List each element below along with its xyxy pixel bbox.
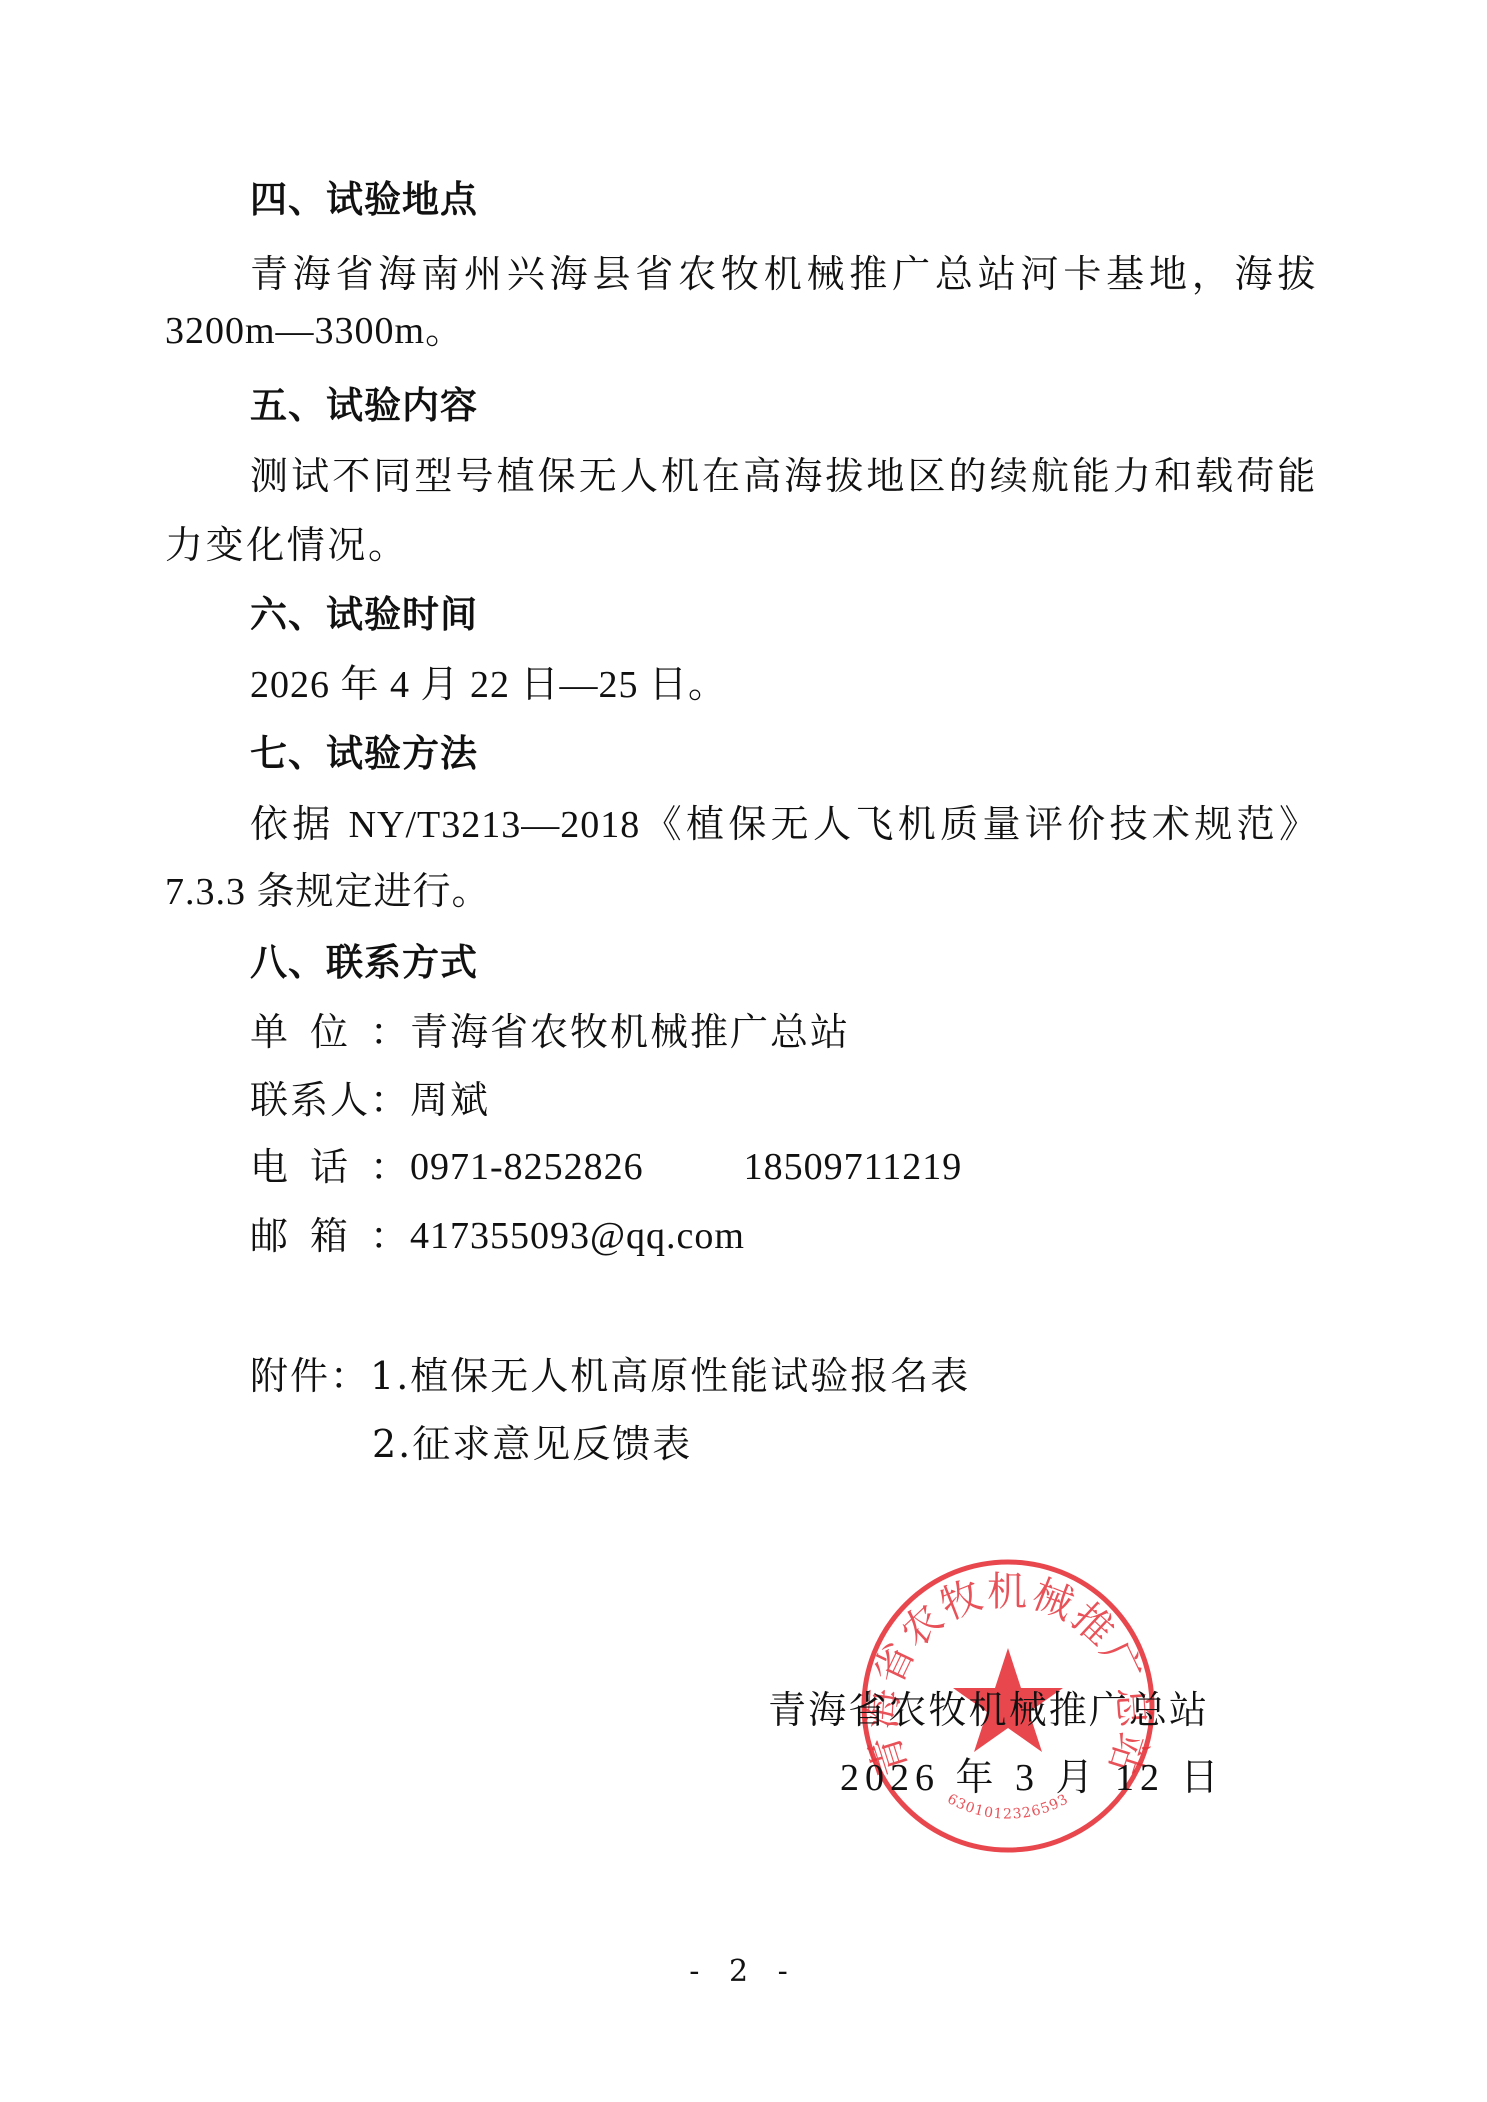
section-heading-time: 六、试验时间 (250, 591, 478, 639)
page-number: - 2 - (0, 1952, 1487, 1992)
attachments-row-2: 2.征求意见反馈表 (372, 1420, 692, 1468)
contact-phone-mobile: 18509711219 (744, 1143, 963, 1191)
contact-email-value: 417355093@qq.com (410, 1212, 745, 1260)
contact-unit-value: 青海省农牧机械推广总站 (410, 1008, 850, 1056)
content-paragraph-line-2: 力变化情况。 (165, 521, 409, 569)
contact-unit-row: 单位： 青海省农牧机械推广总站 (250, 1008, 850, 1056)
section-heading-location: 四、试验地点 (250, 176, 478, 224)
time-paragraph-line-1: 2026 年 4 月 22 日—25 日。 (250, 661, 727, 709)
document-page: 四、试验地点 青海省海南州兴海县省农牧机械推广总站河卡基地，海拔 3200m—3… (0, 0, 1487, 2102)
method-paragraph-line-2: 7.3.3 条规定进行。 (165, 868, 491, 916)
contact-person-row: 联系人： 周斌 (250, 1076, 490, 1124)
signature-date: 2026 年 3 月 12 日 (840, 1754, 1225, 1802)
contact-unit-label: 单位： (250, 1008, 410, 1056)
location-paragraph-line-2: 3200m—3300m。 (165, 307, 464, 355)
attachments-label: 附件： (250, 1354, 370, 1398)
contact-email-row: 邮箱： 417355093@qq.com (250, 1212, 745, 1260)
contact-person-label: 联系人： (250, 1076, 410, 1124)
location-paragraph-line-1: 青海省海南州兴海县省农牧机械推广总站河卡基地，海拔 (250, 250, 1318, 298)
attachment-item: 2.征求意见反馈表 (372, 1422, 692, 1466)
contact-person-value: 周斌 (410, 1076, 490, 1124)
signature-organization: 青海省农牧机械推广总站 (768, 1686, 1208, 1734)
attachments-row-1: 附件：1.植保无人机高原性能试验报名表 (250, 1352, 970, 1400)
contact-email-label: 邮箱： (250, 1212, 410, 1260)
contact-phone-row: 电话： 0971-8252826 18509711219 (250, 1143, 962, 1191)
contact-phone-label: 电话： (250, 1143, 410, 1191)
attachment-item: 1.植保无人机高原性能试验报名表 (370, 1354, 970, 1398)
method-paragraph-line-1: 依据 NY/T3213—2018《植保无人飞机质量评价技术规范》 (250, 801, 1318, 849)
contact-phone-landline: 0971-8252826 (410, 1143, 644, 1191)
phone-spacer (644, 1143, 744, 1191)
section-heading-contact: 八、联系方式 (250, 939, 478, 987)
section-heading-content: 五、试验内容 (250, 382, 478, 430)
content-paragraph-line-1: 测试不同型号植保无人机在高海拔地区的续航能力和载荷能 (250, 452, 1318, 500)
section-heading-method: 七、试验方法 (250, 730, 478, 778)
